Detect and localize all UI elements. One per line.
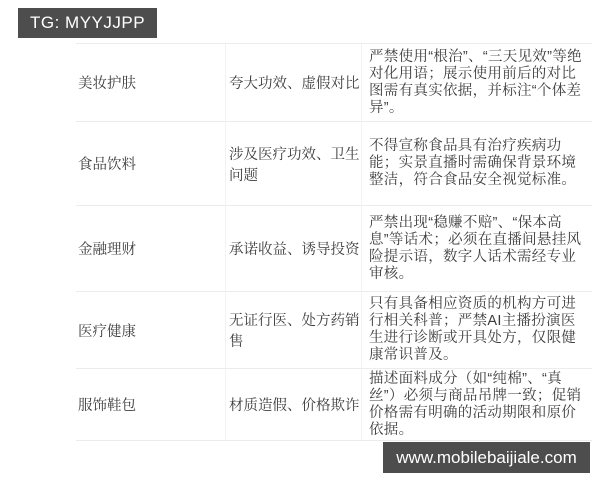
table-row: 服饰鞋包 材质造假、价格欺诈 描述面料成分（如“纯棉”、“真丝”）必须与商品吊牌…	[76, 369, 592, 441]
violation-cell: 无证行医、处方药销售	[226, 292, 362, 368]
violation-cell: 涉及医疗功效、卫生问题	[226, 122, 362, 205]
table-row: 医疗健康 无证行医、处方药销售 只有具备相应资质的机构方可进行相关科普；严禁AI…	[76, 292, 592, 369]
table-row: 金融理财 承诺收益、诱导投资 严禁出现“稳赚不赔”、“保本高息”等话术；必须在直…	[76, 206, 592, 292]
category-cell: 医疗健康	[76, 292, 226, 368]
rules-table: 美妆护肤 夸大功效、虚假对比 严禁使用“根治”、“三天见效”等绝对化用语；展示使…	[76, 43, 592, 441]
category-cell: 金融理财	[76, 206, 226, 291]
website-watermark-badge: www.mobilebaijiale.com	[383, 442, 590, 473]
rule-cell: 只有具备相应资质的机构方可进行相关科普；严禁AI主播扮演医生进行诊断或开具处方，…	[362, 292, 592, 368]
rule-cell: 描述面料成分（如“纯棉”、“真丝”）必须与商品吊牌一致；促销价格需有明确的活动期…	[362, 369, 592, 440]
table-row: 食品饮料 涉及医疗功效、卫生问题 不得宣称食品具有治疗疾病功能；实景直播时需确保…	[76, 122, 592, 206]
rule-cell: 不得宣称食品具有治疗疾病功能；实景直播时需确保背景环境整洁，符合食品安全视觉标准…	[362, 122, 592, 205]
page: TG: MYYJJPP 美妆护肤 夸大功效、虚假对比 严禁使用“根治”、“三天见…	[0, 0, 600, 480]
category-cell: 食品饮料	[76, 122, 226, 205]
category-cell: 美妆护肤	[76, 44, 226, 121]
table-row: 美妆护肤 夸大功效、虚假对比 严禁使用“根治”、“三天见效”等绝对化用语；展示使…	[76, 44, 592, 122]
category-cell: 服饰鞋包	[76, 369, 226, 440]
rule-cell: 严禁出现“稳赚不赔”、“保本高息”等话术；必须在直播间悬挂风险提示语，数字人话术…	[362, 206, 592, 291]
violation-cell: 夸大功效、虚假对比	[226, 44, 362, 121]
violation-cell: 材质造假、价格欺诈	[226, 369, 362, 440]
telegram-watermark-badge: TG: MYYJJPP	[18, 8, 157, 38]
violation-cell: 承诺收益、诱导投资	[226, 206, 362, 291]
rule-cell: 严禁使用“根治”、“三天见效”等绝对化用语；展示使用前后的对比图需有真实依据，并…	[362, 44, 592, 121]
